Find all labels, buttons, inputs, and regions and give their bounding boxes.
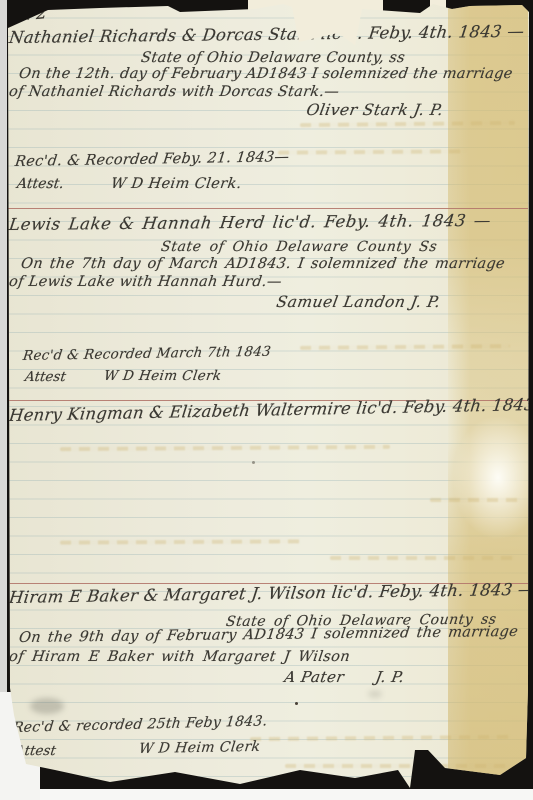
ink-dot: [295, 702, 298, 705]
recorded-1-attest: Attest.: [16, 176, 65, 192]
entry-1-body-line-1: On the 12th. day of February AD1843 I so…: [18, 66, 514, 82]
scanned-record-page: 372 Nathaniel Richards & Dorcas Stark li…: [0, 0, 533, 800]
scanner-left-strip: [0, 0, 7, 706]
recorded-2-clerk: W D Heim Clerk: [103, 368, 223, 384]
recorded-2-attest: Attest: [24, 369, 67, 385]
recorded-3-clerk: W D Heim Clerk: [138, 739, 261, 757]
smudge: [30, 698, 64, 714]
bleedthrough-mark: [285, 764, 510, 768]
entry-2-signature: Samuel Landon J. P.: [275, 293, 442, 311]
separator-rule-1: [7, 208, 528, 209]
entry-1-state-line: State of Ohio Delaware County, ss: [140, 50, 406, 66]
entry-4-body-line-2: of Hiram E Baker with Margaret J Wilson: [8, 649, 351, 665]
glare-highlight: [452, 415, 533, 540]
bleedthrough-mark: [330, 556, 515, 560]
entry-2-body-line-1: On the 7th day of March AD1843. I solemn…: [20, 256, 506, 272]
entry-1-body-line-2: of Nathaniel Richards with Dorcas Stark.…: [8, 84, 340, 100]
entry-2-body-line-2: of Lewis Lake with Hannah Hurd.—: [8, 274, 283, 290]
entry-4-signature: A Pater J. P.: [283, 668, 406, 686]
bottom-strip: [0, 789, 533, 800]
entry-2-state-line: State of Ohio Delaware County Ss: [160, 239, 438, 255]
smudge: [368, 690, 382, 698]
entry-1-signature: Oliver Stark J. P.: [305, 101, 445, 119]
ink-dot: [252, 461, 255, 464]
bleedthrough-mark: [430, 498, 520, 502]
ledger-page: 372 Nathaniel Richards & Dorcas Stark li…: [0, 0, 533, 800]
recorded-1-clerk: W D Heim Clerk.: [110, 176, 243, 192]
